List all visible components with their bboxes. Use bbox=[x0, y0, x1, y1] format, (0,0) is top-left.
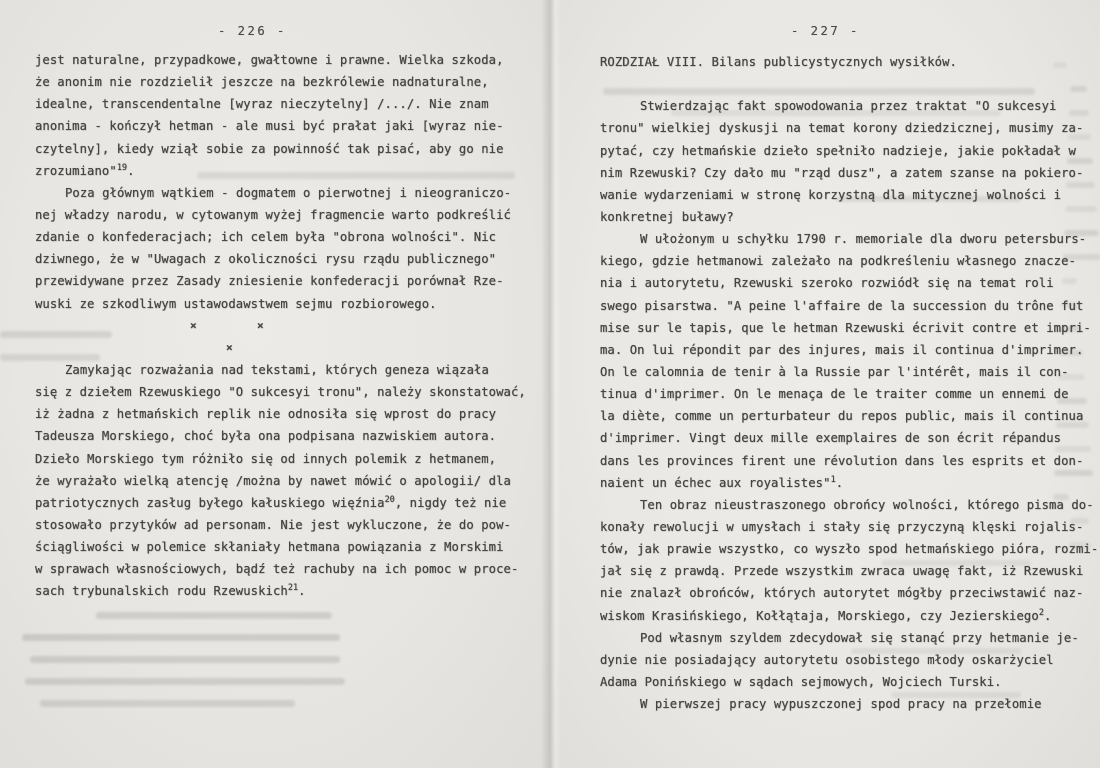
text-line: jał się z prawdą. Przede wszystkim zwrac… bbox=[600, 560, 1092, 582]
page-body: ROZDZIAŁ VIII. Bilans publicystycznych w… bbox=[551, 0, 1092, 715]
blank-line bbox=[600, 73, 1092, 95]
text-line: la diète, comme un perturbateur du repos… bbox=[600, 405, 1092, 427]
text-line: konały rewolucji w umysłach i stały się … bbox=[600, 516, 1092, 538]
footnote-ref: 20 bbox=[385, 495, 395, 505]
text-line: On le calomnia de tenir à la Russie par … bbox=[600, 361, 1092, 383]
footnote-ref: 2 bbox=[1039, 607, 1044, 617]
scanned-document: - 226 - jest naturalne, przypadkowe, gwa… bbox=[0, 0, 1100, 768]
ghost-bleedthrough bbox=[30, 656, 340, 663]
text-line: że anonim nie rozdzielił jeszcze na bezk… bbox=[35, 71, 535, 93]
text-line: dziwnego, że w "Uwagach z okoliczności r… bbox=[35, 248, 535, 270]
text-line: anonima - kończył hetman - ale musi być … bbox=[35, 115, 535, 137]
text-line: sach trybunalskich rodu Rzewuskich21. bbox=[35, 580, 535, 602]
text-line: naient un échec aux royalistes"1. bbox=[600, 472, 1092, 494]
text-line: tinua d'imprimer. On le menaça de le tra… bbox=[600, 383, 1092, 405]
footnote-ref: 1 bbox=[831, 475, 836, 485]
separator-mark: × bbox=[257, 315, 264, 337]
text-line: się z dziełem Rzewuskiego "O sukcesyi tr… bbox=[35, 381, 535, 403]
text-line: kiego, gdzie hetmanowi zależało na podkr… bbox=[600, 250, 1092, 272]
text-line: zdanie o konfederacjach; ich celem była … bbox=[35, 226, 535, 248]
text-line: zrozumiano"19. bbox=[35, 160, 535, 182]
text-line: W pierwszej pracy wypuszczonej spod prac… bbox=[600, 693, 1092, 715]
text-line: że wyrażało wielką atencję /można by naw… bbox=[35, 470, 535, 492]
ghost-bleedthrough bbox=[25, 678, 345, 685]
text-line: tronu" wielkiej dyskusji na temat korony… bbox=[600, 117, 1092, 139]
text-line: przewidywane przez Zasady zniesienie kon… bbox=[35, 270, 535, 292]
text-line: mise sur le tapis, que le hetman Rzewusk… bbox=[600, 317, 1092, 339]
footnote-ref: 21 bbox=[288, 583, 298, 593]
text-line: Zamykając rozważania nad tekstami, który… bbox=[35, 359, 535, 381]
text-line: nie znalazł obrońców, których autorytet … bbox=[600, 582, 1092, 604]
text-line: jest naturalne, przypadkowe, gwałtowne i… bbox=[35, 49, 535, 71]
text-line: Ten obraz nieustraszonego obrońcy wolnoś… bbox=[600, 494, 1092, 516]
text-line: ma. On lui répondit par des injures, mai… bbox=[600, 339, 1092, 361]
text-line: dynie nie posiadający autorytetu osobist… bbox=[600, 649, 1092, 671]
text-line: Tadeusza Morskiego, choć była ona podpis… bbox=[35, 425, 535, 447]
text-line: stosowało przytyków ad personam. Nie jes… bbox=[35, 514, 535, 536]
text-line: swego pisarstwa. "A peine l'affaire de l… bbox=[600, 295, 1092, 317]
text-line: Stwierdzając fakt spowodowania przez tra… bbox=[600, 95, 1092, 117]
text-line: W ułożonym u schyłku 1790 r. memoriale d… bbox=[600, 228, 1092, 250]
text-line: nim Rzewuski? Czy dało mu "rząd dusz", a… bbox=[600, 162, 1092, 184]
text-line: wuski ze szkodliwym ustawodawstwem sejmu… bbox=[35, 293, 535, 315]
text-line: Pod własnym szyldem zdecydował się staną… bbox=[600, 627, 1092, 649]
separator-row: ×× bbox=[35, 315, 535, 337]
footnote-ref: 19 bbox=[117, 163, 127, 173]
separator-mark: × bbox=[226, 337, 233, 359]
text-line: idealne, transcendentalne [wyraz nieczyt… bbox=[35, 93, 535, 115]
text-line: Dzieło Morskiego tym różniło się od inny… bbox=[35, 448, 535, 470]
separator-row: × bbox=[35, 337, 535, 359]
text-line: czytelny], kiedy wziął sobie za powinnoś… bbox=[35, 138, 535, 160]
text-line: konkretnej buławy? bbox=[600, 206, 1092, 228]
text-line: w sprawach własnościowych, bądź też rach… bbox=[35, 558, 535, 580]
separator-mark: × bbox=[190, 315, 197, 337]
text-line: Poza głównym wątkiem - dogmatem o pierwo… bbox=[35, 182, 535, 204]
text-line: d'imprimer. Vingt deux mille exemplaires… bbox=[600, 427, 1092, 449]
text-line: patriotycznych zasług byłego kałuskiego … bbox=[35, 492, 535, 514]
text-line: ściągliwości w polemice skłaniały hetman… bbox=[35, 536, 535, 558]
text-line: wanie wydarzeniami w stronę korzystną dl… bbox=[600, 184, 1092, 206]
text-line: nia i autorytetu, Rzewuski szeroko rozwi… bbox=[600, 272, 1092, 294]
text-line: wiskom Krasińskiego, Kołłątaja, Morskieg… bbox=[600, 605, 1092, 627]
text-line: Adama Ponińskiego w sądach sejmowych, Wo… bbox=[600, 671, 1092, 693]
chapter-heading: ROZDZIAŁ VIII. Bilans publicystycznych w… bbox=[600, 51, 1092, 73]
text-line: dans les provinces firent une révolution… bbox=[600, 450, 1092, 472]
page-226: - 226 - jest naturalne, przypadkowe, gwa… bbox=[0, 0, 551, 768]
page-body: jest naturalne, przypadkowe, gwałtowne i… bbox=[0, 0, 535, 603]
text-line: nej władzy narodu, w cytowanym wyżej fra… bbox=[35, 204, 535, 226]
text-line: pytać, czy hetmańskie dzieło spełniło na… bbox=[600, 140, 1092, 162]
ghost-bleedthrough bbox=[22, 634, 340, 641]
text-line: iż żadna z hetmańskich replik nie odnosi… bbox=[35, 403, 535, 425]
text-line: tów, jak prawie wszystko, co wyszło spod… bbox=[600, 538, 1092, 560]
ghost-bleedthrough bbox=[40, 700, 295, 707]
ghost-bleedthrough bbox=[96, 612, 332, 619]
page-227: - 227 - ROZDZIAŁ VIII. Bilans publicysty… bbox=[551, 0, 1100, 768]
